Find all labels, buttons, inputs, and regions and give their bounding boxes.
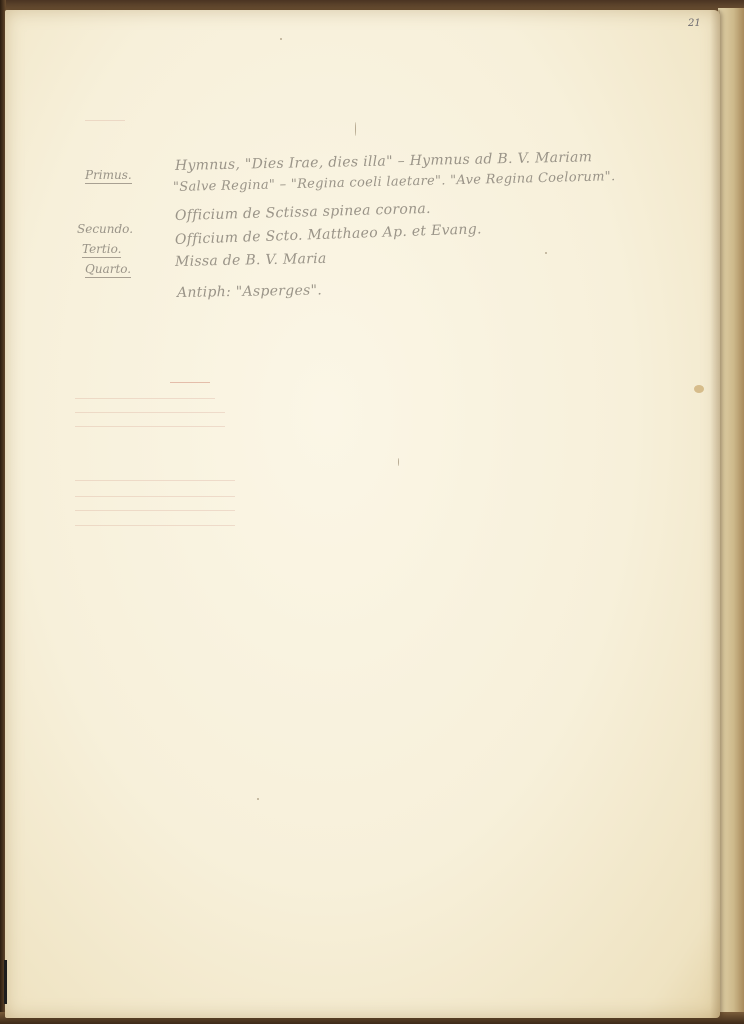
entry-label-tertio: Tertio. [82, 242, 121, 258]
manuscript-page: 21 Primus. Hymnus, "Dies Irae, dies illa… [5, 10, 720, 1018]
ink-speck [280, 38, 282, 40]
ruled-line [85, 120, 125, 121]
entry-secundo-line-1: Officium de Sctissa spinea corona. [175, 201, 431, 224]
bookmark-tab [4, 960, 7, 1004]
ruled-line [75, 496, 235, 497]
folio-number: 21 [688, 18, 701, 29]
ruled-line [75, 510, 235, 511]
entry-quarto-line-1: Missa de B. V. Maria [175, 251, 327, 270]
page-edge-shadow [710, 10, 720, 1018]
stain-mark [694, 385, 704, 393]
next-page-edge [718, 8, 744, 1016]
ink-speck [545, 252, 547, 254]
ruled-line [170, 382, 210, 383]
ruled-line [75, 480, 235, 481]
ink-speck [257, 798, 259, 800]
ink-speck [355, 122, 356, 136]
ruled-line [75, 426, 225, 427]
entry-label-secundo: Secundo. [77, 222, 133, 237]
entry-tertio-line-1: Officium de Scto. Matthaeo Ap. et Evang. [175, 221, 482, 248]
ruled-line [75, 398, 215, 399]
trailing-antiphon-line: Antiph: "Asperges". [177, 282, 322, 301]
entry-label-primus: Primus. [85, 168, 132, 184]
ruled-line [75, 412, 225, 413]
entry-label-quarto: Quarto. [85, 262, 131, 278]
entry-primus-line-2: "Salve Regina" – "Regina coeli laetare".… [173, 169, 616, 195]
ink-speck [398, 458, 399, 466]
ruled-line [75, 525, 235, 526]
